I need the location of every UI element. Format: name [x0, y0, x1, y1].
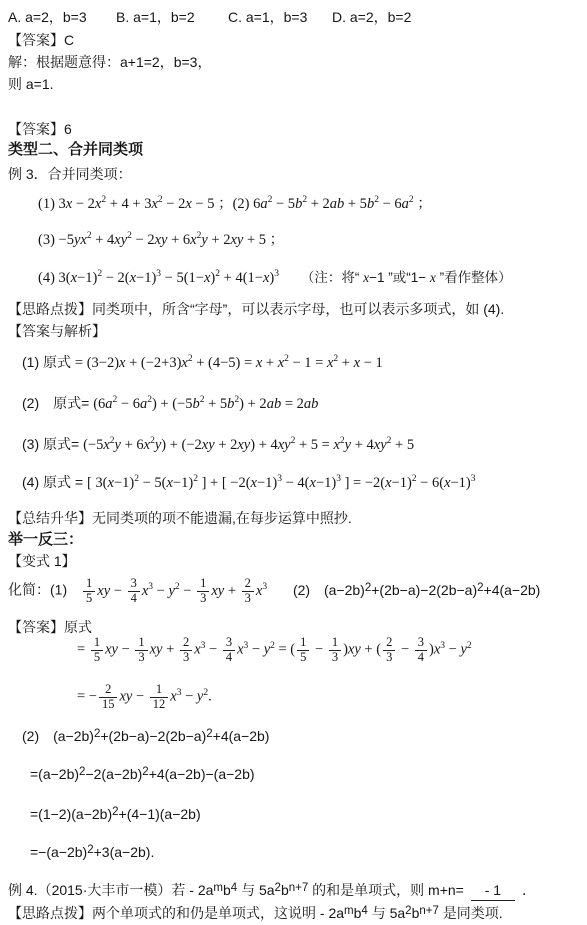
simplify-row: 化简：(1) 15xy − 34x3 − y2 − 13xy + 23x3 (2…: [8, 577, 540, 606]
solution-line-1: 解：根据题意得：a+1=2，b=3，: [8, 52, 211, 72]
answer-row-4: (4) 原式 = [ 3(x−1)2 − 5(x−1)2 ] + [ −2(x−…: [22, 472, 476, 493]
summary-line: 【总结升华】无同类项的项不能遗漏,在每步运算中照抄.: [8, 508, 352, 528]
answer-c-line: 【答案】C: [8, 30, 74, 50]
example-4-question: 例 4.（2015·大丰市一模）若 - 2amb4 与 5a2bn+7 的和是单…: [8, 882, 464, 898]
answer-3-math: (−5x2y + 6x2y) + (−2xy + 2xy) + 4xy2 + 5…: [83, 437, 414, 453]
answer-2-math: (6a2 − 6a2) + (−5b2 + 5b2) + 2ab = 2ab: [93, 396, 318, 412]
variation-1-label: 【变式 1】: [8, 551, 76, 571]
example-4-row: 例 4.（2015·大丰市一模）若 - 2amb4 与 5a2bn+7 的和是单…: [8, 880, 536, 901]
hint-example-4: 【思路点拨】两个单项式的和仍是单项式，这说明 - 2amb4 与 5a2bn+7…: [8, 903, 503, 923]
choice-c: C. a=1，b=3: [228, 7, 307, 27]
answer-analysis-heading: 【答案与解析】: [8, 321, 106, 341]
variation-heading: 举一反三：: [8, 530, 83, 550]
simplify-formula-2: (a−2b)2+(2b−a)−2(2b−a)2+4(a−2b): [324, 582, 540, 598]
part-2-line-1: (2) (a−2b)2+(2b−a)−2(2b−a)2+4(a−2b): [22, 726, 269, 746]
hint-example-3: 【思路点拨】同类项中，所含“字母”，可以表示字母，也可以表示多项式，如 (4).: [8, 299, 504, 319]
answer-1-label: (1) 原式: [22, 354, 71, 370]
simplify-formula-1: 15xy − 34x3 − y2 − 13xy + 23x3: [81, 583, 267, 599]
answer-row-3: (3) 原式= (−5x2y + 6x2y) + (−2xy + 2xy) + …: [22, 434, 414, 455]
answer-row-1: (1) 原式 = (3−2)x + (−2+3)x2 + (4−5) = x +…: [22, 352, 383, 373]
answer-6-line: 【答案】6: [8, 119, 72, 139]
example-3-formula-1-2: (1) 3x − 2x2 + 4 + 3x2 − 2x − 5 ；(2) 6a2…: [38, 194, 432, 214]
example-3-formula-4-row: (4) 3(x−1)2 − 2(x−1)3 − 5(1−x)2 + 4(1−x)…: [38, 267, 512, 288]
section-2-heading: 类型二、合并同类项: [8, 140, 143, 160]
variation-eq-1: = 15xy − 13xy + 23x3 − 34x3 − y2 = (15 −…: [77, 636, 472, 665]
answer-4-label: (4) 原式 =: [22, 474, 83, 490]
part-2-line-2: =(a−2b)2−2(a−2b)2+4(a−2b)−(a−2b): [30, 764, 255, 784]
variation-eq-2: = −215xy − 112x3 − y2.: [77, 683, 212, 712]
solution-line-2: 则 a=1.: [8, 74, 54, 94]
example-4-suffix: ．: [522, 882, 536, 898]
worksheet-page: A. a=2，b=3 B. a=1，b=2 C. a=1，b=3 D. a=2，…: [0, 0, 587, 925]
simplify-label: 化简：(1): [8, 582, 67, 598]
answer-4-math: [ 3(x−1)2 − 5(x−1)2 ] + [ −2(x−1)3 − 4(x…: [87, 475, 476, 491]
answer-3-label: (3) 原式=: [22, 436, 79, 452]
simplify-label-2: (2): [293, 582, 310, 598]
answer-2-label: (2) 原式=: [22, 395, 89, 411]
formula-4-note: （注：将“ x−1 ”或“1− x ”看作整体）: [301, 270, 512, 285]
part-2-line-4: =−(a−2b)2+3(a−2b).: [30, 842, 154, 862]
answer-row-2: (2) 原式= (6a2 − 6a2) + (−5b2 + 5b2) + 2ab…: [22, 393, 318, 414]
part-2-line-3: =(1−2)(a−2b)2+(4−1)(a−2b): [30, 804, 201, 824]
answer-1-math: = (3−2)x + (−2+3)x2 + (4−5) = x + x2 − 1…: [75, 355, 383, 371]
choice-a: A. a=2，b=3: [8, 7, 87, 27]
variation-answer-label: 【答案】原式: [8, 617, 92, 637]
example-3-formula-3: (3) −5yx2 + 4xy2 − 2xy + 6x2y + 2xy + 5 …: [38, 230, 284, 250]
choice-d: D. a=2，b=2: [332, 7, 411, 27]
choice-b: B. a=1，b=2: [116, 7, 195, 27]
example-3-heading: 例 3．合并同类项：: [8, 164, 132, 184]
fill-in-answer: - 1: [471, 880, 515, 901]
example-3-formula-4: (4) 3(x−1)2 − 2(x−1)3 − 5(1−x)2 + 4(1−x)…: [38, 270, 279, 286]
